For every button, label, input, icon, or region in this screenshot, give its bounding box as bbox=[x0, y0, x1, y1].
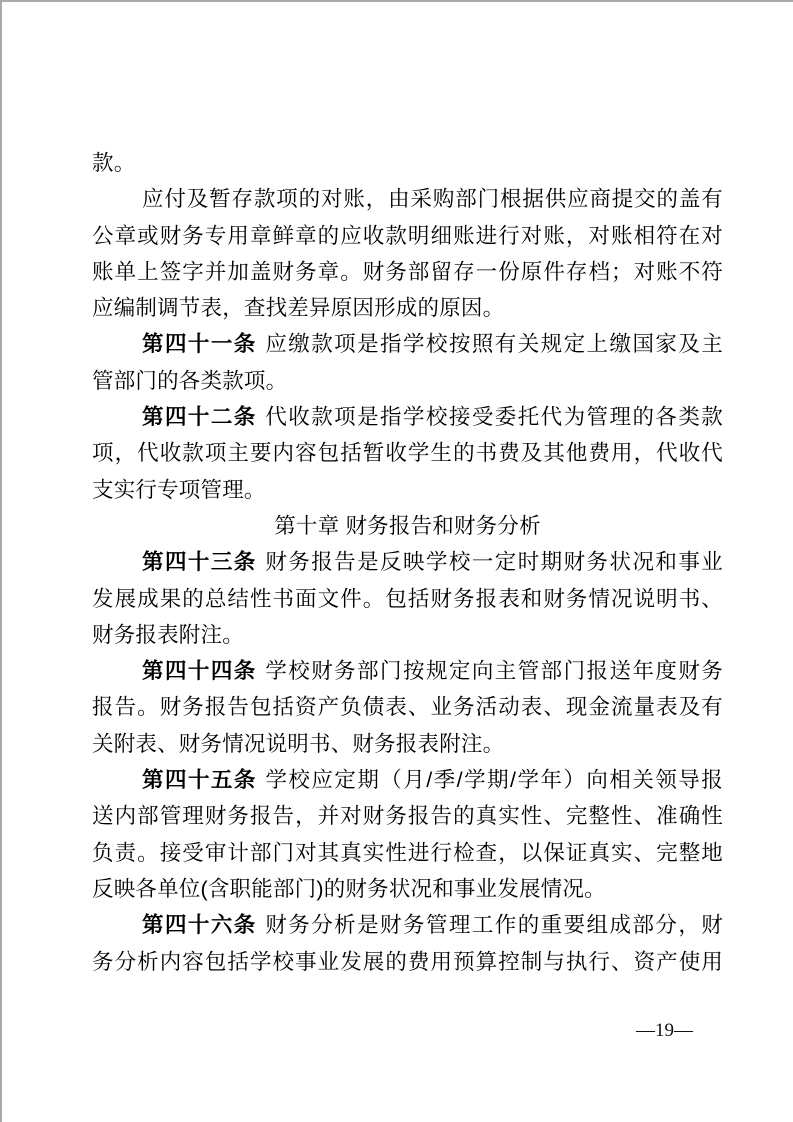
text-line: 第四十一条应缴款项是指学校按照有关规定上缴国家及主 bbox=[92, 326, 723, 362]
text-line: 第四十六条财务分析是财务管理工作的重要组成部分，财 bbox=[92, 907, 723, 943]
line-text: 财务报告是反映学校一定时期财务状况和事业 bbox=[265, 550, 723, 574]
text-line: 报告。财务报告包括资产负债表、业务活动表、现金流量表及有 bbox=[92, 689, 723, 725]
chapter-heading: 第十章 财务报告和财务分析 bbox=[92, 508, 723, 544]
line-text: 负责。接受审计部门对其真实性进行检查，以保证真实、完整地 bbox=[92, 841, 723, 865]
article-number: 第四十三条 bbox=[142, 550, 257, 574]
line-text: 发展成果的总结性书面文件。包括财务报表和财务情况说明书、 bbox=[92, 587, 723, 611]
text-line: 项，代收款项主要内容包括暂收学生的书费及其他费用，代收代 bbox=[92, 435, 723, 471]
line-text: 财务分析是财务管理工作的重要组成部分，财 bbox=[265, 913, 723, 937]
line-text: 应付及暂存款项的对账，由采购部门根据供应商提交的盖有 bbox=[142, 187, 723, 211]
line-text: 项，代收款项主要内容包括暂收学生的书费及其他费用，代收代 bbox=[92, 441, 723, 465]
line-text: 代收款项是指学校接受委托代为管理的各类款 bbox=[265, 405, 723, 429]
article-number: 第四十二条 bbox=[142, 405, 257, 429]
line-text: 应缴款项是指学校按照有关规定上缴国家及主 bbox=[265, 332, 723, 356]
line-text: 款。 bbox=[92, 151, 135, 175]
line-text: 反映各单位(含职能部门)的财务状况和事业发展情况。 bbox=[92, 877, 606, 901]
text-line: 管部门的各类款项。 bbox=[92, 363, 723, 399]
line-text: 财务报表附注。 bbox=[92, 623, 244, 647]
text-line: 第四十三条财务报告是反映学校一定时期财务状况和事业 bbox=[92, 544, 723, 580]
article-number: 第四十五条 bbox=[142, 768, 257, 792]
text-line: 务分析内容包括学校事业发展的费用预算控制与执行、资产使用 bbox=[92, 944, 723, 980]
document-page: { "page": { "background": "#ffffff", "te… bbox=[0, 0, 793, 1122]
text-line: 账单上签字并加盖财务章。财务部留存一份原件存档；对账不符 bbox=[92, 254, 723, 290]
text-line: 反映各单位(含职能部门)的财务状况和事业发展情况。 bbox=[92, 871, 723, 907]
page-number: —19— bbox=[636, 1020, 693, 1042]
text-line: 送内部管理财务报告，并对财务报告的真实性、完整性、准确性 bbox=[92, 798, 723, 834]
line-text: 应编制调节表，查找差异原因形成的原因。 bbox=[92, 296, 504, 320]
text-line: 第四十五条学校应定期（月/季/学期/学年）向相关领导报 bbox=[92, 762, 723, 798]
line-text: 务分析内容包括学校事业发展的费用预算控制与执行、资产使用 bbox=[92, 950, 723, 974]
line-text: 公章或财务专用章鲜章的应收款明细账进行对账，对账相符在对 bbox=[92, 224, 723, 248]
line-text: 报告。财务报告包括资产负债表、业务活动表、现金流量表及有 bbox=[92, 695, 723, 719]
text-line: 财务报表附注。 bbox=[92, 617, 723, 653]
text-line: 支实行专项管理。 bbox=[92, 472, 723, 508]
line-text: 学校应定期（月/季/学期/学年）向相关领导报 bbox=[265, 768, 723, 792]
text-line: 应付及暂存款项的对账，由采购部门根据供应商提交的盖有 bbox=[92, 181, 723, 217]
text-line: 公章或财务专用章鲜章的应收款明细账进行对账，对账相符在对 bbox=[92, 218, 723, 254]
text-block: 款。应付及暂存款项的对账，由采购部门根据供应商提交的盖有公章或财务专用章鲜章的应… bbox=[92, 145, 723, 980]
line-text: 学校财务部门按规定向主管部门报送年度财务 bbox=[265, 659, 723, 683]
text-line: 关附表、财务情况说明书、财务报表附注。 bbox=[92, 726, 723, 762]
line-text: 关附表、财务情况说明书、财务报表附注。 bbox=[92, 732, 504, 756]
text-line: 应编制调节表，查找差异原因形成的原因。 bbox=[92, 290, 723, 326]
text-line: 款。 bbox=[92, 145, 723, 181]
text-line: 发展成果的总结性书面文件。包括财务报表和财务情况说明书、 bbox=[92, 581, 723, 617]
text-line: 负责。接受审计部门对其真实性进行检查，以保证真实、完整地 bbox=[92, 835, 723, 871]
line-text: 账单上签字并加盖财务章。财务部留存一份原件存档；对账不符 bbox=[92, 260, 723, 284]
article-number: 第四十一条 bbox=[142, 332, 257, 356]
text-line: 第四十二条代收款项是指学校接受委托代为管理的各类款 bbox=[92, 399, 723, 435]
article-number: 第四十六条 bbox=[142, 913, 257, 937]
line-text: 送内部管理财务报告，并对财务报告的真实性、完整性、准确性 bbox=[92, 804, 723, 828]
article-number: 第四十四条 bbox=[142, 659, 257, 683]
line-text: 管部门的各类款项。 bbox=[92, 369, 287, 393]
line-text: 第十章 财务报告和财务分析 bbox=[274, 514, 541, 538]
line-text: 支实行专项管理。 bbox=[92, 478, 266, 502]
text-line: 第四十四条学校财务部门按规定向主管部门报送年度财务 bbox=[92, 653, 723, 689]
